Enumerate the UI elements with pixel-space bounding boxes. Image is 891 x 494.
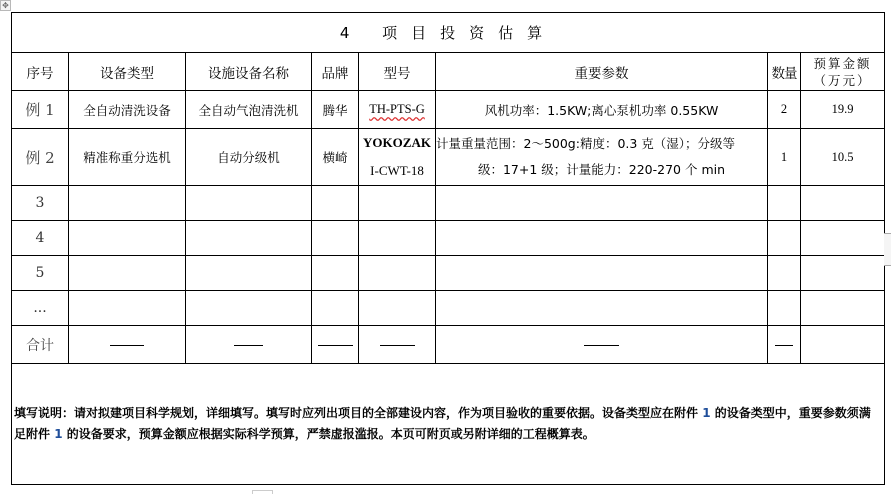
row-facility-name[interactable] (186, 186, 312, 221)
header-key-params: 重要参数 (436, 53, 768, 91)
notes-part1: 填写说明：请对拟建项目科学规划，详细填写。填写时应列出项目的全部建设内容，作为项… (14, 406, 702, 420)
row-model[interactable] (359, 186, 436, 221)
row-model[interactable]: YOKOZAK I-CWT-18 (359, 129, 436, 186)
row-brand[interactable]: 横崎 (312, 129, 359, 186)
total-quantity[interactable] (768, 326, 801, 364)
header-model: 型号 (359, 53, 436, 91)
table-row: 3 (12, 186, 885, 221)
header-facility-name: 设施设备名称 (186, 53, 312, 91)
row-quantity[interactable]: 2 (768, 91, 801, 129)
table-title: 4 项目投资估算 (12, 13, 885, 53)
row-key-params[interactable] (436, 256, 768, 291)
total-row: 合计 (12, 326, 885, 364)
row-quantity[interactable] (768, 291, 801, 326)
header-budget: 预算金额 （万元） (801, 53, 885, 91)
header-equipment-type: 设备类型 (69, 53, 186, 91)
header-budget-line1: 预算金额 (801, 55, 884, 72)
total-brand[interactable] (312, 326, 359, 364)
row-brand[interactable]: 腾华 (312, 91, 359, 129)
row-seq[interactable]: ... (12, 291, 69, 326)
total-key-params[interactable] (436, 326, 768, 364)
dash-placeholder (318, 345, 353, 346)
row-facility-name[interactable] (186, 256, 312, 291)
column-resize-marker[interactable] (252, 490, 273, 494)
row-facility-name[interactable] (186, 291, 312, 326)
row-facility-name[interactable] (186, 221, 312, 256)
row-equipment-type[interactable]: 精准称重分选机 (69, 129, 186, 186)
header-quantity: 数量 (768, 53, 801, 91)
row-brand[interactable] (312, 221, 359, 256)
row-quantity[interactable]: 1 (768, 129, 801, 186)
total-label: 合计 (12, 326, 69, 364)
row-budget[interactable]: 10.5 (801, 129, 885, 186)
row-resize-handle[interactable] (884, 233, 891, 266)
row-model-line2: I-CWT-18 (359, 157, 435, 185)
dash-placeholder (110, 345, 144, 346)
row-key-params[interactable]: 计量重量范围：2～500g:精度：0.3 克（湿）；分级等 级：17+1 级；计… (436, 129, 768, 186)
row-quantity[interactable] (768, 256, 801, 291)
row-facility-name[interactable]: 自动分级机 (186, 129, 312, 186)
header-row: 序号 设备类型 设施设备名称 品牌 型号 重要参数 数量 预算金额 （万元） (12, 53, 885, 91)
total-equipment-type[interactable] (69, 326, 186, 364)
row-quantity[interactable] (768, 186, 801, 221)
row-model[interactable] (359, 256, 436, 291)
row-brand[interactable] (312, 291, 359, 326)
row-key-params[interactable]: 风机功率：1.5KW;离心泵机功率 0.55KW (436, 91, 768, 129)
total-facility-name[interactable] (186, 326, 312, 364)
row-equipment-type[interactable] (69, 291, 186, 326)
row-key-params[interactable] (436, 186, 768, 221)
row-budget[interactable] (801, 291, 885, 326)
dash-placeholder (775, 345, 793, 346)
row-key-params-line1: 计量重量范围：2～500g:精度：0.3 克（湿）；分级等 (436, 131, 767, 157)
row-brand[interactable] (312, 256, 359, 291)
row-model-line1: YOKOZAK (359, 129, 435, 157)
row-budget[interactable]: 19.9 (801, 91, 885, 129)
row-seq[interactable]: 例 1 (12, 91, 69, 129)
row-brand[interactable] (312, 186, 359, 221)
table-row: 例 1 全自动清洗设备 全自动气泡清洗机 腾华 TH-PTS-G 风机功率：1.… (12, 91, 885, 129)
row-budget[interactable] (801, 186, 885, 221)
total-budget[interactable] (801, 326, 885, 364)
header-brand: 品牌 (312, 53, 359, 91)
row-equipment-type[interactable] (69, 221, 186, 256)
row-seq[interactable]: 例 2 (12, 129, 69, 186)
table-move-handle-icon[interactable]: ✥ (0, 0, 11, 11)
notes-num1: 1 (702, 406, 710, 420)
notes-num2: 1 (54, 427, 62, 441)
row-seq[interactable]: 4 (12, 221, 69, 256)
row-equipment-type[interactable]: 全自动清洗设备 (69, 91, 186, 129)
row-model[interactable] (359, 291, 436, 326)
row-key-params[interactable] (436, 291, 768, 326)
row-budget[interactable] (801, 256, 885, 291)
notes-part3: 的设备要求，预算金额应根据实际科学预算，严禁虚报滥报。本页可附页或另附详细的工程… (63, 427, 595, 441)
table-row: 例 2 精准称重分选机 自动分级机 横崎 YOKOZAK I-CWT-18 计量… (12, 129, 885, 186)
dash-placeholder (380, 345, 415, 346)
row-budget[interactable] (801, 221, 885, 256)
row-equipment-type[interactable] (69, 256, 186, 291)
table-row: 5 (12, 256, 885, 291)
row-model[interactable] (359, 221, 436, 256)
row-equipment-type[interactable] (69, 186, 186, 221)
header-budget-line2: （万元） (801, 72, 884, 89)
row-seq[interactable]: 3 (12, 186, 69, 221)
row-key-params[interactable] (436, 221, 768, 256)
row-facility-name[interactable]: 全自动气泡清洗机 (186, 91, 312, 129)
row-model[interactable]: TH-PTS-G (359, 91, 436, 129)
row-model-text: TH-PTS-G (369, 102, 425, 116)
dash-placeholder (584, 345, 619, 346)
table-row: 4 (12, 221, 885, 256)
filling-instructions: 填写说明：请对拟建项目科学规划，详细填写。填写时应列出项目的全部建设内容，作为项… (12, 364, 885, 485)
row-quantity[interactable] (768, 221, 801, 256)
row-key-params-line2: 级：17+1 级；计量能力：220-270 个 min (436, 157, 767, 183)
row-seq[interactable]: 5 (12, 256, 69, 291)
dash-placeholder (234, 345, 263, 346)
investment-estimate-table: 4 项目投资估算 序号 设备类型 设施设备名称 品牌 型号 重要参数 数量 预算… (11, 12, 885, 485)
table-row: ... (12, 291, 885, 326)
header-seq: 序号 (12, 53, 69, 91)
total-model[interactable] (359, 326, 436, 364)
